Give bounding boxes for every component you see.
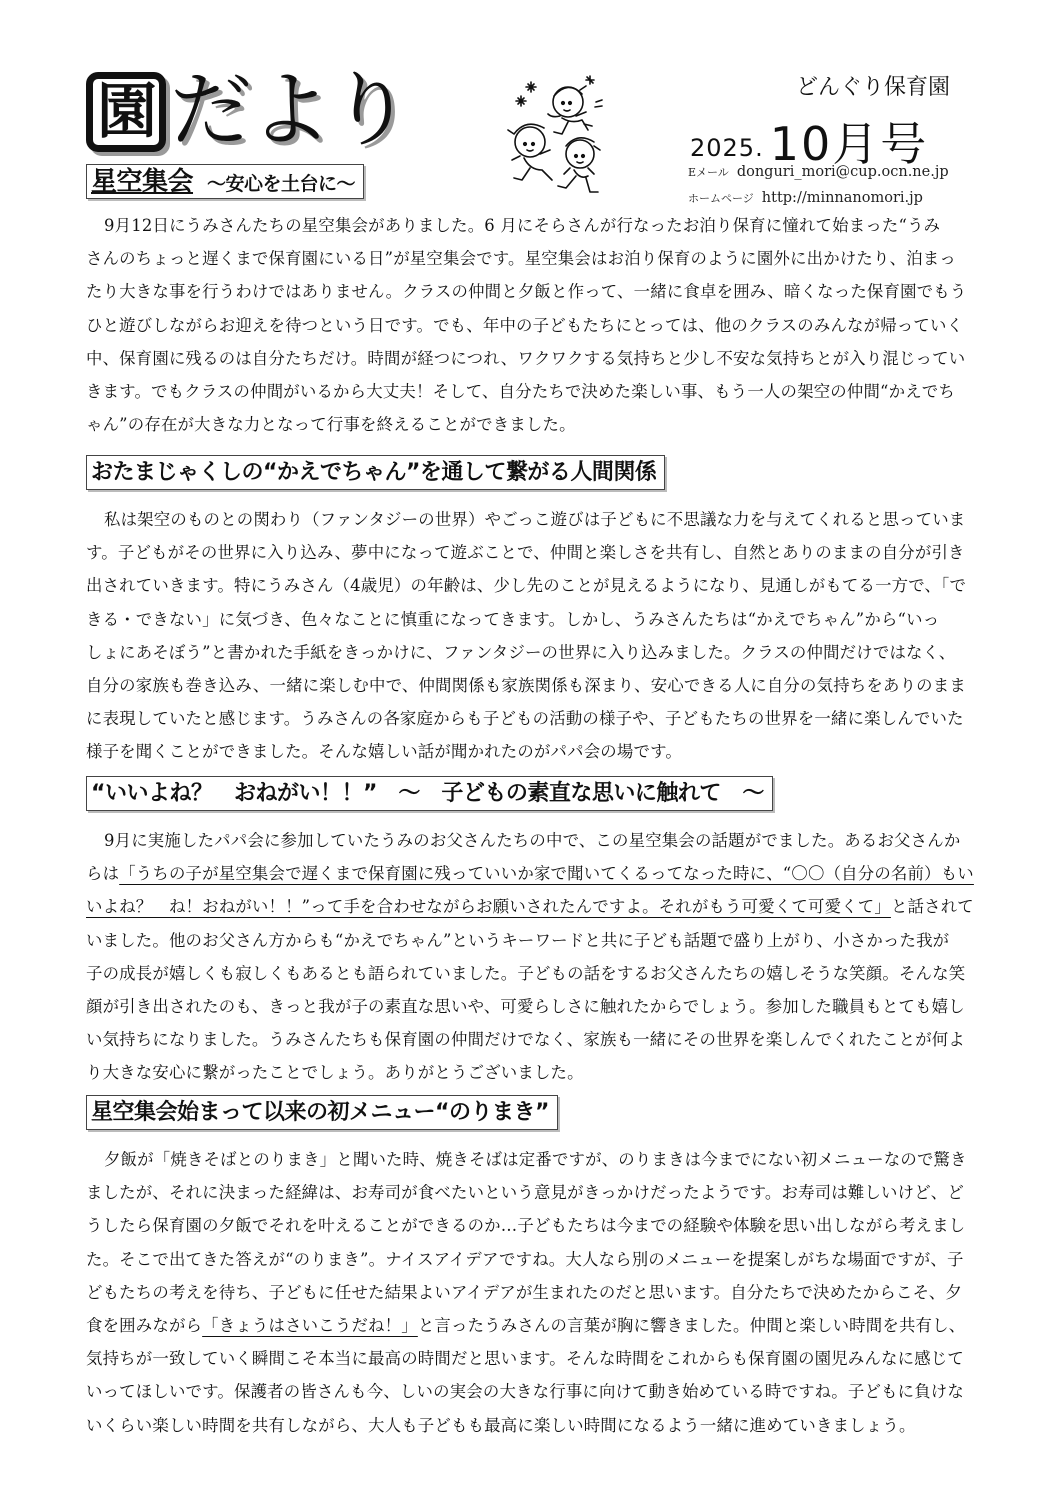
running-children-illustration [500, 72, 610, 197]
paragraph-line: す。子どもがその世界に入り込み、夢中になって遊ぶことで、仲間と楽しさを共有し、自… [86, 536, 980, 569]
paragraph-line: いってほしいです。保護者の皆さんも今、しいの実会の大きな行事に向けて動き始めてい… [86, 1375, 980, 1408]
paragraph-line: り大きな安心に繋がったことでしょう。ありがとうございました。 [86, 1056, 980, 1089]
paragraph-line: うしたら保育園の夕飯でそれを叶えることができるのか…子どもたちは今までの経験や体… [86, 1209, 980, 1242]
issue-month: 10月号 [770, 117, 929, 171]
homepage-label: ホームページ [688, 192, 754, 205]
title-text: だより [170, 63, 410, 158]
line-text: らは [86, 864, 119, 883]
paragraph-line: ましたが、それに決まった経緯は、お寿司が食べたいという意見がきっかけだったようで… [86, 1176, 980, 1209]
section-body-norimaki: 夕飯が「焼きそばとのりまき」と聞いた時、焼きそばは定番ですが、のりまきは今までに… [86, 1143, 980, 1442]
paragraph-line: ゃん”の存在が大きな力となって行事を終えることができました。 [86, 408, 980, 441]
line-text: と言ったうみさんの言葉が胸に響きました。仲間と楽しい時間を共有し、 [418, 1316, 966, 1335]
section-heading-main: 星空集会 [91, 167, 193, 197]
section-heading-text: 星空集会始まって以来の初メニュー“のりまき” [91, 1100, 549, 1125]
paragraph-line: 9月12日にうみさんたちの星空集会がありました。6 月にそらさんが行なったお泊り… [86, 209, 980, 242]
section-heading-text: おたまじゃくしの“かえでちゃん”を通して繋がる人間関係 [91, 460, 656, 485]
newsletter-title: 園だより [86, 66, 410, 156]
section-heading-sub: ～安心を土台に～ [207, 173, 355, 195]
section-heading-norimaki: 星空集会始まって以来の初メニュー“のりまき” [86, 1095, 558, 1130]
paragraph-line: 顔が引き出されたのも、きっと我が子の素直な思いや、可愛らしさに触れたからでしょう… [86, 990, 980, 1023]
underlined-quote: 「きょうはさいこうだね！」 [202, 1316, 418, 1335]
paragraph-line: 気持ちが一致していく瞬間こそ本当に最高の時間だと思います。そんな時間をこれからも… [86, 1342, 980, 1375]
paragraph-line: きます。でもクラスの仲間がいるから大丈夫！そして、自分たちで決めた楽しい事、もう… [86, 375, 980, 408]
paragraph-line: 夕飯が「焼きそばとのりまき」と聞いた時、焼きそばは定番ですが、のりまきは今までに… [86, 1143, 980, 1176]
title-boxed-character: 園 [86, 72, 166, 152]
section-body-iiyone: 9月に実施したパパ会に参加していたうみのお父さんたちの中で、この星空集会の話題が… [86, 824, 980, 1090]
nursery-name: どんぐり保育園 [796, 70, 950, 101]
paragraph-line: た。そこで出てきた答えが“のりまき”。ナイスアイデアですね。大人なら別のメニュー… [86, 1243, 980, 1276]
issue-year: 2025. [690, 134, 764, 162]
homepage-contact: ホームページhttp://minnanomori.jp [688, 190, 923, 206]
section-heading-kaede: おたまじゃくしの“かえでちゃん”を通して繋がる人間関係 [86, 455, 665, 490]
section-body-hoshizora: 9月12日にうみさんたちの星空集会がありました。6 月にそらさんが行なったお泊り… [86, 209, 980, 441]
section-heading-iiyone: “いいよね？ おねがい！！” ～ 子どもの素直な思いに触れて ～ [86, 776, 773, 811]
paragraph-line: らは「うちの子が星空集会で遅くまで保育園に残っていいか家で聞いてくるってなった時… [86, 857, 980, 890]
paragraph-line: たり大きな事を行うわけではありません。クラスの仲間と夕飯と作って、一緒に食卓を囲… [86, 275, 980, 308]
paragraph-line: 中、保育園に残るのは自分たちだけ。時間が経つにつれ、ワクワクする気持ちと少し不安… [86, 342, 980, 375]
paragraph-line: いくらい楽しい時間を共有しながら、大人も子どもも最高に楽しい時間になるよう一緒に… [86, 1409, 980, 1442]
email-label: Eメール [688, 166, 729, 179]
underlined-quote: 「うちの子が星空集会で遅くまで保育園に残っていいか家で聞いてくるってなった時に、… [119, 864, 974, 883]
paragraph-line: 様子を聞くことができました。そんな嬉しい話が聞かれたのがパパ会の場です。 [86, 735, 980, 768]
email-contact: Eメールdonguri_mori@cup.ocn.ne.jp [688, 164, 949, 180]
paragraph-line: いました。他のお父さん方からも“かえでちゃん”というキーワードと共に子ども話題で… [86, 924, 980, 957]
paragraph-line: きる・できない」に気づき、色々なことに慎重になってきます。しかし、うみさんたちは… [86, 603, 980, 636]
section-heading-hoshizora: 星空集会～安心を土台に～ [86, 164, 364, 199]
paragraph-line: に表現していたと感じます。うみさんの各家庭からも子どもの活動の様子や、子どもたち… [86, 702, 980, 735]
underlined-quote: いよね？ ね！おねがい！！”って手を合わせながらお願いされたんですよ。それがもう… [86, 897, 891, 916]
paragraph-line: 子の成長が嬉しくも寂しくもあるとも語られていました。子どもの話をするお父さんたち… [86, 957, 980, 990]
paragraph-line: いよね？ ね！おねがい！！”って手を合わせながらお願いされたんですよ。それがもう… [86, 890, 980, 923]
paragraph-line: さんのちょっと遅くまで保育園にいる日”が星空集会です。星空集会はお泊り保育のよう… [86, 242, 980, 275]
paragraph-line: しょにあそぼう”と書かれた手紙をきっかけに、ファンタジーの世界に入り込みました。… [86, 636, 980, 669]
line-text: と話されて [891, 897, 974, 916]
paragraph-line: 私は架空のものとの関わり（ファンタジーの世界）やごっこ遊びは子どもに不思議な力を… [86, 503, 980, 536]
section-heading-text: “いいよね？ おねがい！！” ～ 子どもの素直な思いに触れて ～ [91, 781, 764, 806]
paragraph-line: い気持ちになりました。うみさんたちも保育園の仲間だけでなく、家族も一緒にその世界… [86, 1023, 980, 1056]
paragraph-line: どもたちの考えを待ち、子どもに任せた結果よいアイデアが生まれたのだと思います。自… [86, 1276, 980, 1309]
email-address[interactable]: donguri_mori@cup.ocn.ne.jp [737, 164, 949, 180]
line-text: 食を囲みながら [86, 1316, 202, 1335]
homepage-url[interactable]: http://minnanomori.jp [762, 190, 923, 206]
section-body-kaede: 私は架空のものとの関わり（ファンタジーの世界）やごっこ遊びは子どもに不思議な力を… [86, 503, 980, 769]
paragraph-line: 9月に実施したパパ会に参加していたうみのお父さんたちの中で、この星空集会の話題が… [86, 824, 980, 857]
paragraph-line: 食を囲みながら「きょうはさいこうだね！」と言ったうみさんの言葉が胸に響きました。… [86, 1309, 980, 1342]
paragraph-line: 自分の家族も巻き込み、一緒に楽しむ中で、仲間関係も家族関係も深まり、安心できる人… [86, 669, 980, 702]
paragraph-line: ひと遊びしながらお迎えを待つという日です。でも、年中の子どもたちにとっては、他の… [86, 309, 980, 342]
paragraph-line: 出されていきます。特にうみさん（4歳児）の年齢は、少し先のことが見えるようになり… [86, 569, 980, 602]
